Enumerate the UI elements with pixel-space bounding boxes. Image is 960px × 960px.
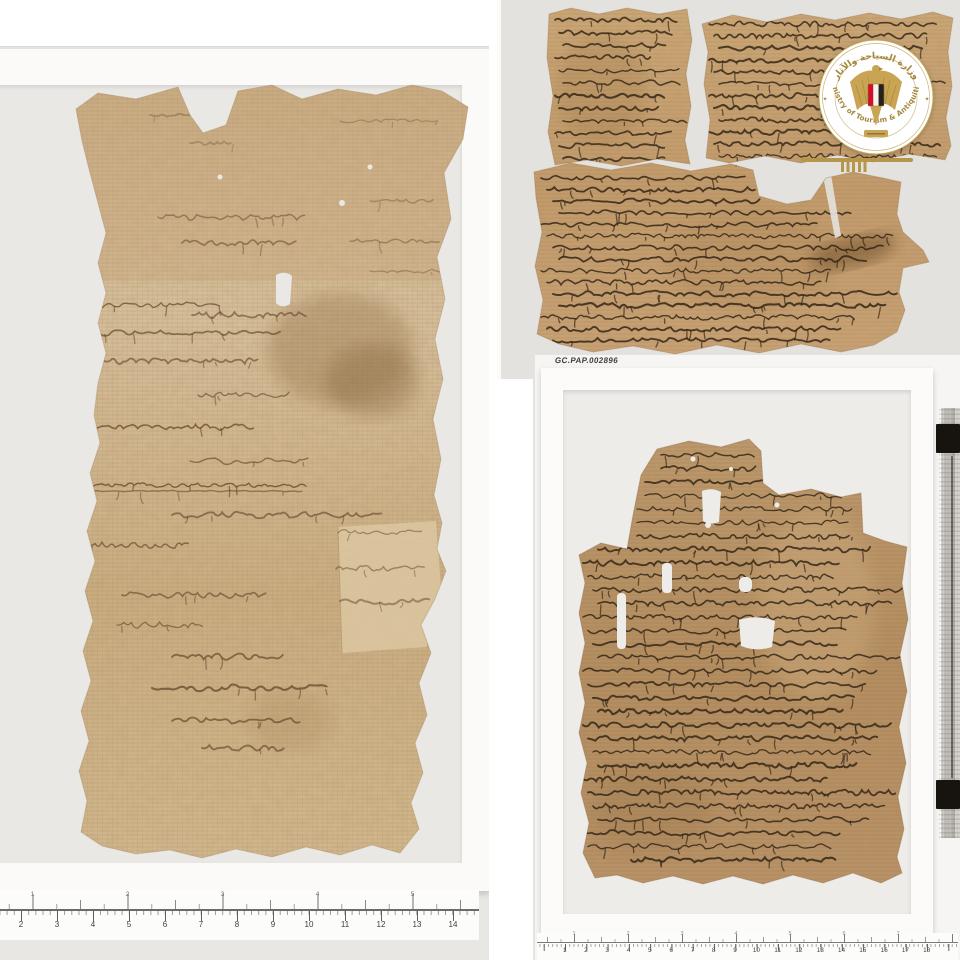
ruler-number: 10 xyxy=(291,921,327,929)
ruler-number: 5 xyxy=(763,932,817,938)
ruler-number: 3 xyxy=(39,921,75,929)
logo-star-separator-right: ✦ xyxy=(924,96,929,103)
ruler: 12345 234567891011121314 xyxy=(0,890,479,940)
ruler-number: 7 xyxy=(871,932,925,938)
ruler-number: 12 xyxy=(363,921,399,929)
ruler-number: 15 xyxy=(852,948,873,955)
ruler-number: 8 xyxy=(219,921,255,929)
ruler-number: 1 xyxy=(547,932,601,938)
ruler-number: 9 xyxy=(724,948,745,955)
ruler-number: 13 xyxy=(810,948,831,955)
ruler-baseline xyxy=(537,942,958,943)
ruler-number: 3 xyxy=(597,948,618,955)
clip-mark-bottom xyxy=(936,780,960,809)
papyrus-fragment-large xyxy=(40,81,480,871)
ruler-number: 1 xyxy=(0,892,80,899)
flag-shield xyxy=(868,84,884,106)
ruler-number: 7 xyxy=(183,921,219,929)
ruler-number: 4 xyxy=(75,921,111,929)
ministry-logo: وزارة السياحة والآثار Ministry of Touris… xyxy=(817,38,935,156)
ruler-number: 2 xyxy=(601,932,655,938)
ruler-number: 11 xyxy=(767,948,788,955)
ruler-number: 1 xyxy=(554,948,575,955)
logo-divider-bars xyxy=(841,158,867,172)
ruler-number: 2 xyxy=(575,948,596,955)
ruler-number: 5 xyxy=(639,948,660,955)
ruler: 1234567 123456789101112131415161718 xyxy=(537,933,958,960)
ruler-inch-numbers: 12345 xyxy=(0,892,460,899)
ruler-number: 14 xyxy=(435,921,471,929)
ruler-cm-ticks xyxy=(0,911,479,921)
ruler-inch-numbers: 1234567 xyxy=(547,932,925,938)
ruler-number: 3 xyxy=(655,932,709,938)
ruler-number: 6 xyxy=(817,932,871,938)
photo-top-right-papyri: وزارة السياحة والآثار Ministry of Touris… xyxy=(497,0,960,379)
photo-left-papyrus: 12345 234567891011121314 xyxy=(0,46,489,960)
adjacent-photo-edge xyxy=(939,408,960,838)
ruler-number: 2 xyxy=(80,892,175,899)
edge-line xyxy=(951,456,953,778)
ruler-number: 4 xyxy=(270,892,365,899)
clip-mark-top xyxy=(936,424,960,453)
logo-star-separator-left: ✦ xyxy=(822,96,827,103)
ruler-number: 3 xyxy=(175,892,270,899)
ruler-number: 2 xyxy=(3,921,39,929)
ruler-number: 12 xyxy=(788,948,809,955)
ruler-number: 13 xyxy=(399,921,435,929)
ruler-number: 18 xyxy=(916,948,937,955)
ruler-cm-numbers: 234567891011121314 xyxy=(3,921,471,929)
photo-bottom-right-papyrus: GC.PAP.002896 xyxy=(533,355,960,960)
ruler-number: 4 xyxy=(618,948,639,955)
ruler-number: 9 xyxy=(255,921,291,929)
ruler-number: 8 xyxy=(703,948,724,955)
ruler-number: 5 xyxy=(111,921,147,929)
ruler-number: 14 xyxy=(831,948,852,955)
ruler-number: 5 xyxy=(365,892,460,899)
catalog-label: GC.PAP.002896 xyxy=(554,356,618,365)
ruler-cm-numbers: 123456789101112131415161718 xyxy=(554,948,937,955)
film-texture xyxy=(939,408,960,838)
ruler-number: 7 xyxy=(682,948,703,955)
ruler-number: 4 xyxy=(709,932,763,938)
ruler-number: 6 xyxy=(147,921,183,929)
papyrus-collage: 12345 234567891011121314 xyxy=(0,0,960,960)
ruler-number: 11 xyxy=(327,921,363,929)
ruler-number: 16 xyxy=(873,948,894,955)
ruler-number: 6 xyxy=(660,948,681,955)
ruler-number: 17 xyxy=(895,948,916,955)
ruler-number: 10 xyxy=(746,948,767,955)
papyrus-fragment xyxy=(571,425,916,905)
